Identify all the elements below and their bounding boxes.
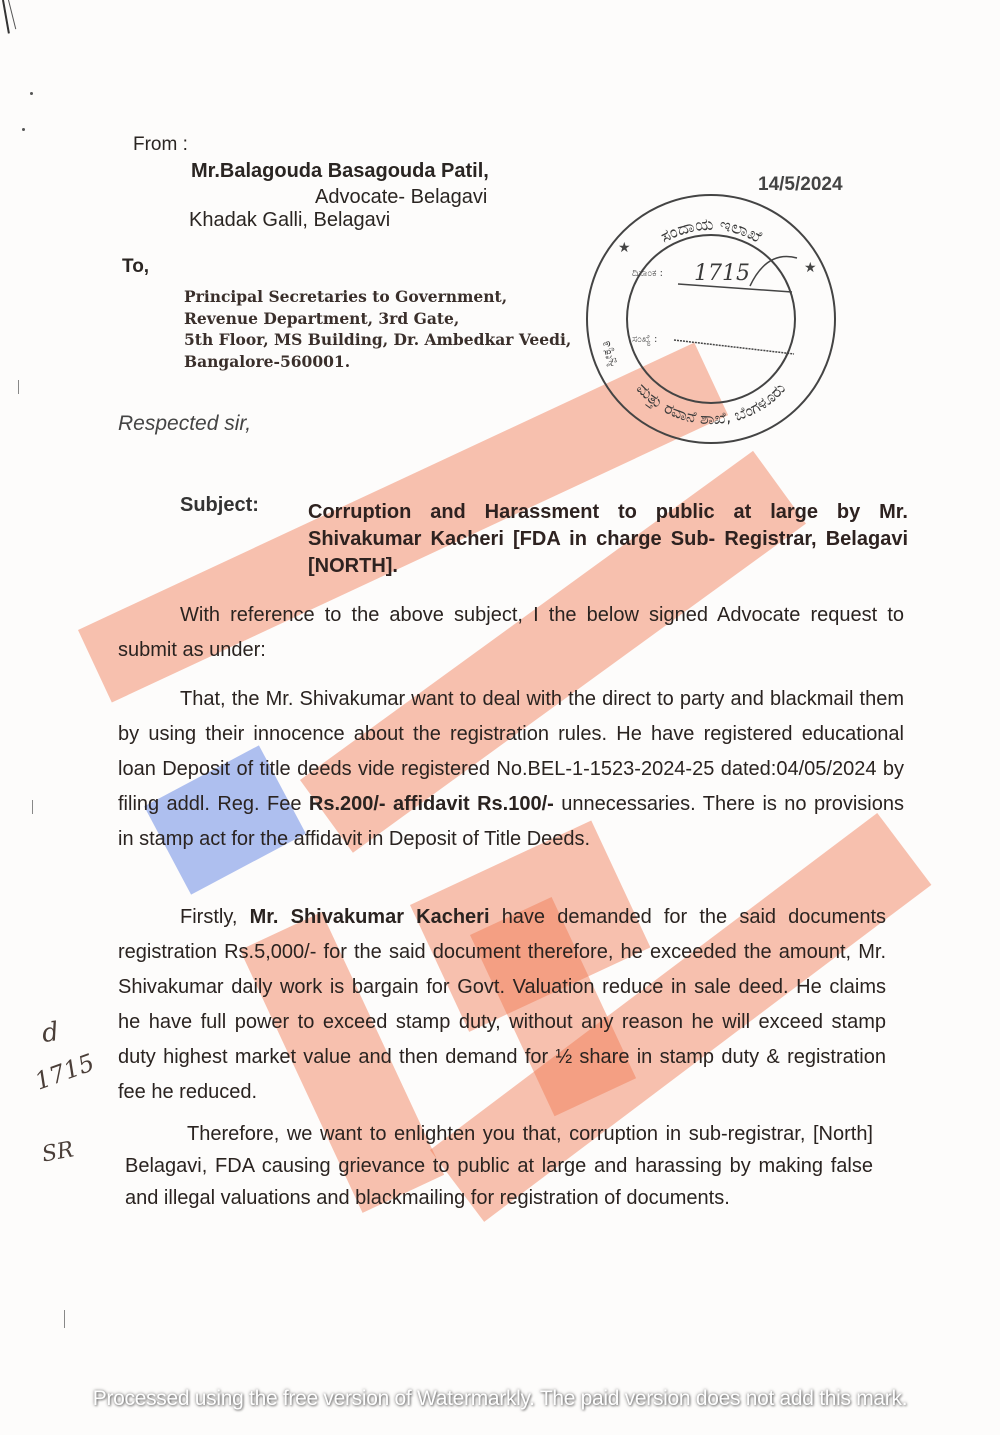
handwritten-note: d	[40, 1017, 61, 1049]
paragraph-text: Firstly,	[180, 906, 237, 928]
from-label: From :	[133, 134, 188, 156]
watermark-notice: Processed using the free version of Wate…	[0, 1387, 1000, 1411]
stamp-date-label: ದಿನಾಂಕ :	[632, 268, 663, 279]
body-paragraph: With reference to the above subject, I t…	[118, 598, 904, 668]
svg-text:ಸಂದಾಯ ಇಲಾಖೆ: ಸಂದಾಯ ಇಲಾಖೆ	[657, 215, 765, 248]
stamp-date-value: 1715	[694, 261, 750, 286]
sender-name: Mr.Balagouda Basagouda Patil,	[191, 160, 489, 183]
subject-label: Subject:	[180, 494, 259, 517]
fee-amounts: Rs.200/- affidavit Rs.100/-	[309, 793, 554, 815]
stamp-star-icon: ★	[804, 259, 817, 275]
recipient-address: Principal Secretaries to Government, Rev…	[184, 286, 571, 372]
scan-speck	[30, 92, 33, 95]
salutation: Respected sir,	[118, 412, 251, 436]
stamp-number-label: ಸಂಖ್ಯೆ :	[632, 334, 657, 346]
scan-speck	[32, 800, 33, 814]
handwritten-note: 1715	[31, 1048, 98, 1095]
scan-speck	[18, 380, 19, 394]
recipient-line: Bangalore-560001.	[184, 351, 571, 373]
letter-page: From : Mr.Balagouda Basagouda Patil, Adv…	[0, 0, 1000, 1435]
recipient-line: Principal Secretaries to Government,	[184, 286, 571, 308]
page-edge-mark	[8, 0, 16, 29]
paragraph-text: have demanded for the said documents reg…	[118, 906, 886, 1103]
body-paragraph: That, the Mr. Shivakumar want to deal wi…	[118, 682, 904, 857]
recipient-line: 5th Floor, MS Building, Dr. Ambedkar Vee…	[184, 329, 571, 351]
stamp-top-text: ಸಂದಾಯ ಇಲಾಖೆ	[657, 215, 765, 248]
scan-speck	[22, 128, 25, 131]
scan-speck	[64, 1310, 65, 1328]
handwritten-note: SR	[40, 1137, 76, 1167]
to-label: To,	[122, 256, 149, 278]
body-paragraph: Firstly, Mr. Shivakumar Kacheri have dem…	[118, 900, 886, 1110]
sender-role: Advocate- Belagavi	[315, 186, 487, 209]
body-paragraph: Therefore, we want to enlighten you that…	[125, 1118, 873, 1214]
office-receipt-stamp: ಸಂದಾಯ ಇಲಾಖೆ ಮತ್ತು ರವಾನೆ ಶಾಖೆ, ಬೆಂಗಳೂರು ಸ…	[582, 190, 840, 448]
accused-name: Mr. Shivakumar Kacheri	[250, 906, 490, 928]
svg-text:ಸ್ವೀಕೃತಿ: ಸ್ವೀಕೃತಿ	[599, 340, 618, 368]
subject-text: Corruption and Harassment to public at l…	[308, 499, 908, 580]
sender-address: Khadak Galli, Belagavi	[189, 209, 390, 232]
paragraph-text: With reference to the above subject, I t…	[118, 604, 904, 661]
recipient-line: Revenue Department, 3rd Gate,	[184, 308, 571, 330]
stamp-left-text: ಸ್ವೀಕೃತಿ	[599, 340, 618, 368]
paragraph-text: Therefore, we want to enlighten you that…	[125, 1123, 873, 1209]
stamp-star-icon: ★	[618, 239, 631, 255]
